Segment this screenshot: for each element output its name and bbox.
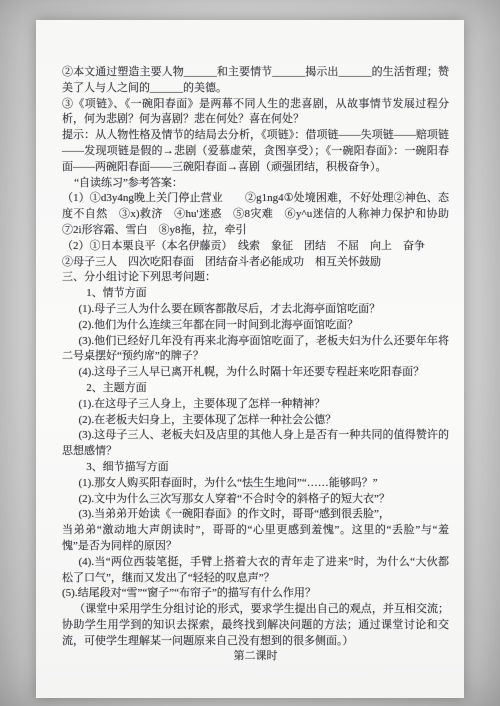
paragraph: ③《项链》、《一碗阳春面》是两幕不同人生的悲喜剧，从故事情节发展过程分析，何为悲… — [62, 97, 449, 129]
paragraph: (5).结尾段对“雪”“窗子”“布帘子”的描写有什么作用？ — [62, 586, 449, 602]
document-page: ②本文通过塑造主要人物______和主要情节______揭示出______的生活… — [36, 20, 464, 698]
second-period-heading: 第二课时 — [62, 649, 449, 665]
paragraph: (4).这母子三人早已离开札幌，为什么时隔十年还要专程赶来吃阳春面？ — [62, 365, 449, 381]
paragraph: 提示：从人物性格及情节的结局去分析，《项链》：借项链——失项链——赔项链——发现… — [62, 128, 449, 175]
paragraph: ②本文通过塑造主要人物______和主要情节______揭示出______的生活… — [62, 65, 449, 97]
paragraph: “自读练习”参考答案： — [62, 176, 449, 192]
paragraph: (1).那女人购买阳春面时，为什么“怯生生地问”“……能够吗？” — [62, 476, 449, 492]
paragraph: (3).他们已经好几年没有再来北海亭面馆吃面了，老板夫妇为什么还要年年将二号桌摆… — [62, 334, 449, 366]
document-text: ②本文通过塑造主要人物______和主要情节______揭示出______的生活… — [36, 20, 464, 665]
paragraph: 2、主题方面 — [62, 381, 449, 397]
paragraph: (4).当“两位西装笔挺，手臂上搭着大衣的青年走了进来”时，为什么“大伙都松了口… — [62, 555, 449, 587]
paragraph: （1）①d3y4ng晚上关门停止营业 ②g1ng4①处境困难，不好处理②神色、态… — [62, 191, 449, 238]
paragraph: (1).在这母子三人身上，主要体现了怎样一种精神？ — [62, 397, 449, 413]
paragraph: 三、分小组讨论下列思考问题： — [62, 270, 449, 286]
paragraph: (1).母子三人为什么要在顾客都散尽后，才去北海亭面馆吃面？ — [62, 302, 449, 318]
paragraph: (2).在老板夫妇身上，主要体现了怎样一种社会公德？ — [62, 413, 449, 429]
paragraph: (2).文中为什么三次写那女人穿着“不合时令的斜格子的短大衣”？ — [62, 492, 449, 508]
paragraph: 1、情节方面 — [62, 286, 449, 302]
paragraph: ②母子三人 四次吃阳春面 团结奋斗者必能成功 相互关怀鼓励 — [62, 255, 449, 271]
paragraph: （课堂中采用学生分组讨论的形式，要求学生提出自己的观点，并互相交流；协助学生用学… — [62, 602, 449, 649]
paragraph: (3).当弟弟开始读《一碗阳春面》的作文时，哥哥“感到很丢脸”， — [62, 507, 449, 523]
scan-background: ②本文通过塑造主要人物______和主要情节______揭示出______的生活… — [0, 0, 500, 706]
paragraph: (3).这母子三人、老板夫妇及店里的其他人身上是否有一种共同的值得赞许的思想感情… — [62, 428, 449, 460]
paragraph: 当弟弟“激动地大声朗读时”，哥哥的“心里更感到羞愧”。这里的“丢脸”与“羞愧”是… — [62, 523, 449, 555]
paragraph: （2）①日本栗良平（本名伊藤贡） 线索 象征 团结 不屈 向上 奋争 — [62, 239, 449, 255]
paragraph: 3、细节描写方面 — [62, 460, 449, 476]
paragraph: (2).他们为什么连续三年都在同一时间到北海亭面馆吃面？ — [62, 318, 449, 334]
